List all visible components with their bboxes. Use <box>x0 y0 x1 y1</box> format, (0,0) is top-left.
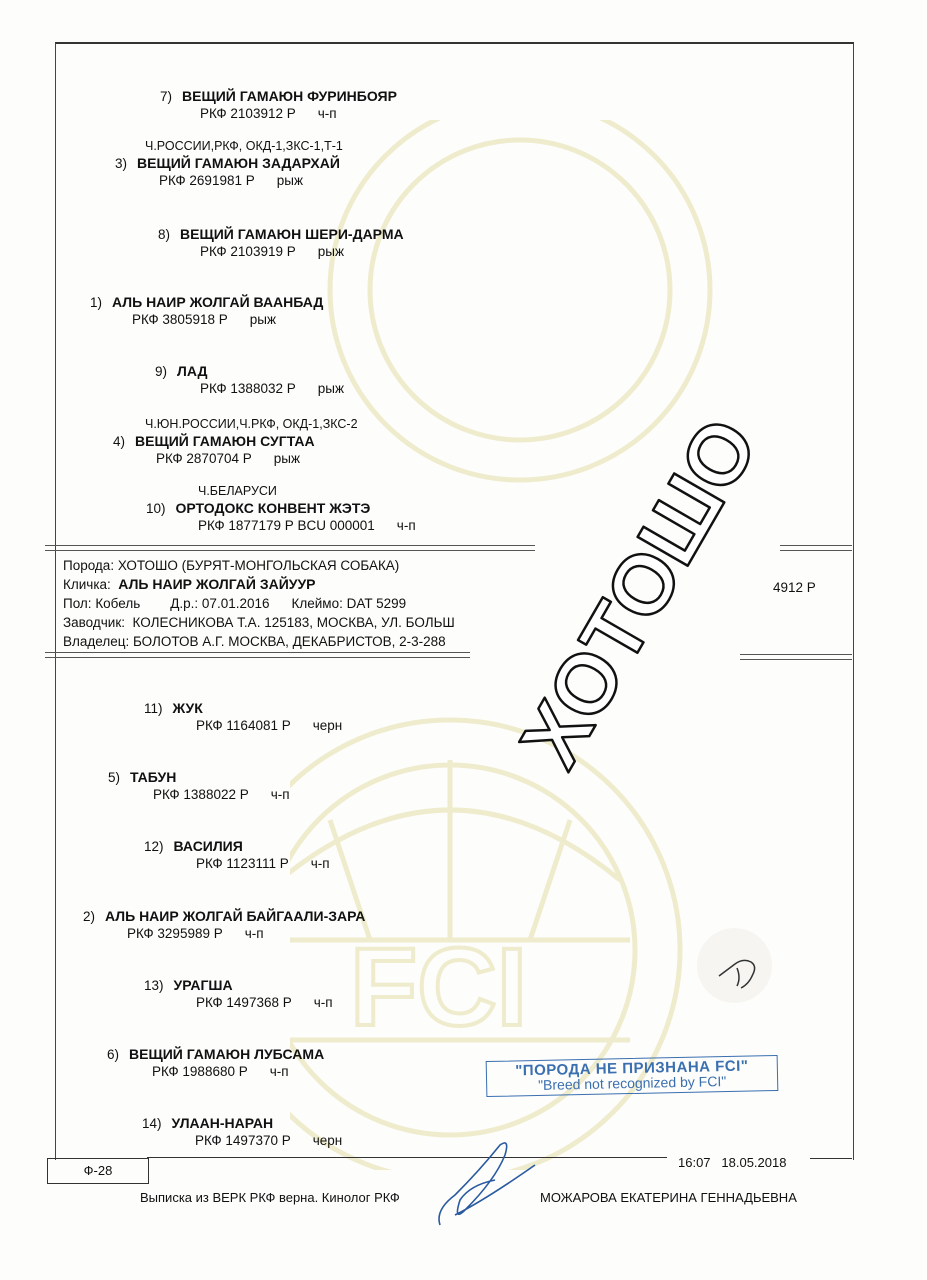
fci-not-recognized-stamp: "ПОРОДА НЕ ПРИЗНАНА FCI" "Breed not reco… <box>486 1055 779 1097</box>
signatory-name: МОЖАРОВА ЕКАТЕРИНА ГЕННАДЬЕВНА <box>540 1190 797 1205</box>
form-code: Ф-28 <box>47 1158 149 1184</box>
divider-line <box>45 545 535 551</box>
pedigree-entry-5: 5)ТАБУН РКФ 1388022 Рч-п <box>108 769 290 803</box>
pedigree-entry-10: Ч.БЕЛАРУСИ 10)ОРТОДОКС КОНВЕНТ ЖЭТЭ РКФ … <box>146 483 416 534</box>
footer-line <box>147 1157 667 1158</box>
breeder-value: КОЛЕСНИКОВА Т.А. 125183, МОСКВА, УЛ. БОЛ… <box>133 615 455 630</box>
footer-line <box>810 1158 852 1159</box>
divider-line <box>780 545 852 551</box>
pedigree-entry-1: 1)АЛЬ НАИР ЖОЛГАЙ ВААНБАД РКФ 3805918 Рр… <box>90 294 323 328</box>
pedigree-entry-7: 7)ВЕЩИЙ ГАМАЮН ФУРИНБОЯР РКФ 2103912 Рч-… <box>160 88 397 122</box>
breed-value: ХОТОШО (БУРЯТ-МОНГОЛЬСКАЯ СОБАКА) <box>118 558 399 573</box>
pedigree-entry-2: 2)АЛЬ НАИР ЖОЛГАЙ БАЙГААЛИ-ЗАРА РКФ 3295… <box>83 908 365 942</box>
pedigree-entry-14: 14)УЛААН-НАРАН РКФ 1497370 Рчерн <box>142 1115 342 1149</box>
certification-text: Выписка из ВЕРК РКФ верна. Кинолог РКФ <box>140 1190 400 1205</box>
pedigree-entry-9: 9)ЛАД РКФ 1388032 Ррыж <box>155 363 344 397</box>
sex-value: Кобель <box>95 596 140 611</box>
pedigree-entry-3: Ч.РОССИИ,РКФ, ОКД-1,ЗКС-1,Т-1 3)ВЕЩИЙ ГА… <box>115 138 343 189</box>
side-reg-fragment: 4912 Р <box>773 580 816 595</box>
divider-line <box>740 654 852 660</box>
pedigree-entry-11: 11)ЖУК РКФ 1164081 Рчерн <box>144 700 342 734</box>
pedigree-entry-8: 8)ВЕЩИЙ ГАМАЮН ШЕРИ-ДАРМА РКФ 2103919 Рр… <box>158 226 404 260</box>
brand-value: DAT 5299 <box>347 596 407 611</box>
dog-name: АЛЬ НАИР ЖОЛГАЙ ЗАЙУУР <box>118 576 315 592</box>
owner-value: БОЛОТОВ А.Г. МОСКВА, ДЕКАБРИСТОВ, 2-3-28… <box>133 634 446 649</box>
pedigree-entry-12: 12)ВАСИЛИЯ РКФ 1123111 Рч-п <box>144 838 330 872</box>
dog-head-seal-icon <box>697 928 772 1003</box>
dog-info-block: Порода: ХОТОШО (БУРЯТ-МОНГОЛЬСКАЯ СОБАКА… <box>63 556 455 651</box>
pedigree-entry-13: 13)УРАГША РКФ 1497368 Рч-п <box>144 977 333 1011</box>
dob-value: 07.01.2016 <box>202 596 270 611</box>
divider-line <box>45 652 470 658</box>
pedigree-entry-6: 6)ВЕЩИЙ ГАМАЮН ЛУБСАМА РКФ 1988680 Рч-п <box>107 1046 324 1080</box>
pedigree-entry-4: Ч.ЮН.РОССИИ,Ч.РКФ, ОКД-1,ЗКС-2 4)ВЕЩИЙ Г… <box>113 416 358 467</box>
timestamp: 16:07 18.05.2018 <box>678 1155 786 1170</box>
